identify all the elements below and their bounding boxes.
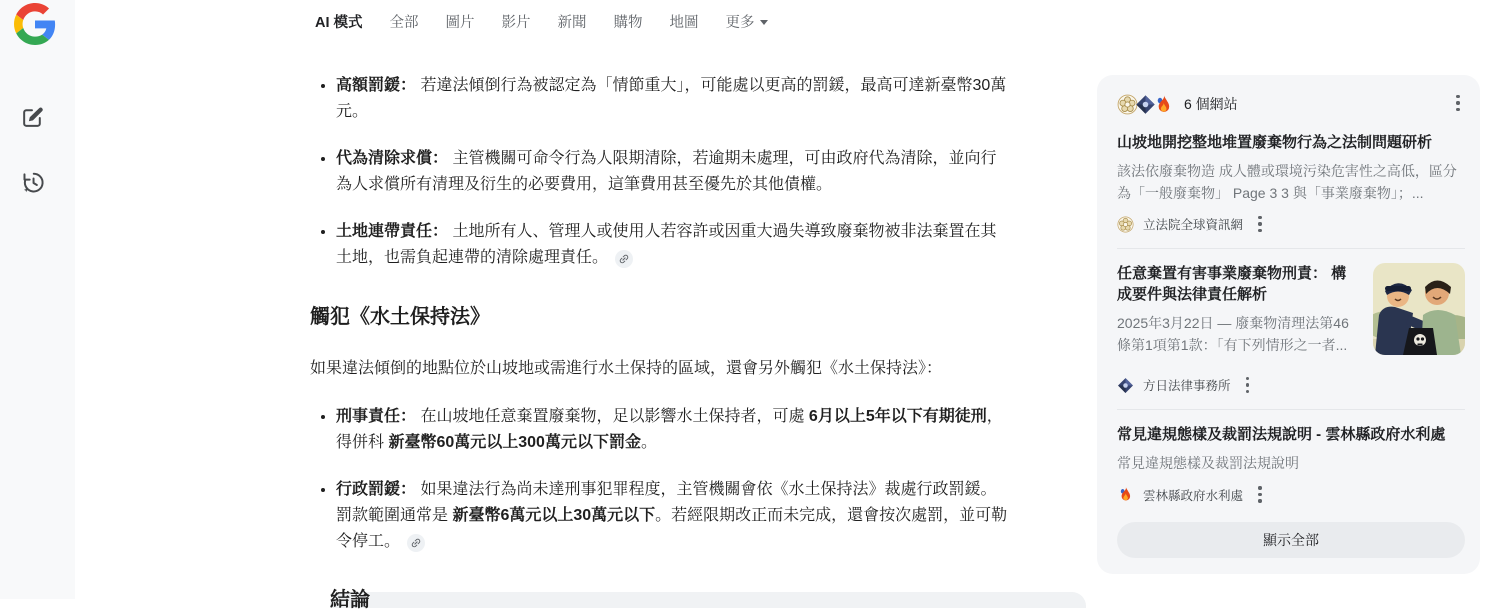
tab-videos[interactable]: 影片 — [502, 11, 531, 32]
source-card-title: 山坡地開挖整地堆置廢棄物行為之法制問題研析 — [1117, 132, 1465, 153]
panel-more-options-icon[interactable] — [1450, 93, 1466, 113]
history-icon — [20, 170, 45, 195]
tab-images[interactable]: 圖片 — [446, 11, 475, 32]
section-heading-water-soil-act: 觸犯《水土保持法》 — [310, 305, 1010, 330]
tab-shopping[interactable]: 購物 — [614, 11, 643, 32]
list-item-text: 土地連帶責任： 土地所有人、管理人或使用人若容許或因重大過失導致廢棄物被非法棄置… — [336, 223, 996, 266]
tab-maps[interactable]: 地圖 — [670, 11, 699, 32]
divider — [1117, 409, 1465, 410]
source-card-snippet: 2025年3月22日 — 廢棄物清理法第46條第1項第1款：「有下列情形之一者.… — [1117, 313, 1361, 356]
sources-panel: 6 個網站 山坡地開挖整地堆置廢棄物行為之法制問題研析 該法依廢棄物造 成人體或… — [1097, 75, 1480, 574]
compose-icon — [20, 105, 45, 130]
conclusion-heading: 結論 — [330, 583, 370, 599]
tab-all[interactable]: 全部 — [390, 11, 419, 32]
tab-news[interactable]: 新聞 — [558, 11, 587, 32]
source-attribution: 雲林縣政府水利處 — [1117, 485, 1465, 505]
source-card[interactable]: 任意棄置有害事業廢棄物刑責： 構成要件與法律責任解析 2025年3月22日 — … — [1117, 263, 1465, 395]
flame-icon — [1153, 94, 1174, 115]
ai-answer-content: 高額罰鍰： 若違法傾倒行為被認定為「情節重大」，可能處以更高的罰鍰，最高可達新臺… — [310, 73, 1010, 576]
tab-more-label: 更多 — [726, 15, 755, 31]
diamond-icon — [1117, 377, 1134, 394]
history-button[interactable] — [20, 168, 48, 196]
source-card-snippet: 常見違規態樣及裁罰法規說明 — [1117, 453, 1465, 475]
water-soil-bullet-list: 刑事責任： 在山坡地任意棄置廢棄物，足以影響水土保持者，可處 6月以上5年以下有… — [310, 404, 1010, 555]
divider — [1117, 248, 1465, 249]
source-attribution: 立法院全球資訊網 — [1117, 214, 1465, 234]
search-result-tabs: AI 模式 全部 圖片 影片 新聞 購物 地圖 更多 — [315, 11, 768, 32]
list-item-text: 高額罰鍰： 若違法傾倒行為被認定為「情節重大」，可能處以更高的罰鍰，最高可達新臺… — [336, 77, 1006, 120]
google-logo[interactable] — [14, 3, 56, 45]
sources-panel-header: 6 個網站 — [1117, 93, 1465, 115]
left-rail — [0, 0, 75, 599]
source-card[interactable]: 山坡地開挖整地堆置廢棄物行為之法制問題研析 該法依廢棄物造 成人體或環境污染危害… — [1117, 132, 1465, 234]
source-attribution: 方日法律事務所 — [1117, 375, 1465, 395]
article-thumbnail-illustration — [1373, 263, 1465, 355]
list-item: 土地連帶責任： 土地所有人、管理人或使用人若容許或因重大過失導致廢棄物被非法棄置… — [336, 219, 1010, 271]
google-g-icon — [14, 3, 56, 45]
sites-count-label: 6 個網站 — [1184, 94, 1238, 114]
list-item-text: 行政罰鍰： 如果違法行為尚未達刑事犯罪程度，主管機關會依《水土保持法》裁處行政罰… — [336, 481, 1007, 550]
card-more-options-icon[interactable] — [1252, 485, 1268, 505]
new-chat-button[interactable] — [20, 103, 48, 131]
list-item: 刑事責任： 在山坡地任意棄置廢棄物，足以影響水土保持者，可處 6月以上5年以下有… — [336, 404, 1010, 456]
tab-ai-mode[interactable]: AI 模式 — [315, 11, 363, 32]
tab-more[interactable]: 更多 — [726, 11, 768, 32]
source-card-title: 任意棄置有害事業廢棄物刑責： 構成要件與法律責任解析 — [1117, 263, 1361, 305]
show-all-button[interactable]: 顯示全部 — [1117, 522, 1465, 558]
source-card[interactable]: 常見違規態樣及裁罰法規說明 - 雲林縣政府水利處 常見違規態樣及裁罰法規說明 雲… — [1117, 424, 1465, 505]
followup-input-bar[interactable] — [330, 592, 1086, 599]
flower-emblem-icon — [1117, 216, 1134, 233]
list-item-text: 刑事責任： 在山坡地任意棄置廢棄物，足以影響水土保持者，可處 6月以上5年以下有… — [336, 408, 1003, 451]
source-name: 雲林縣政府水利處 — [1143, 486, 1243, 504]
list-item-text: 代為清除求償： 主管機關可命令行為人限期清除，若逾期未處理，可由政府代為清除，並… — [336, 150, 996, 193]
favicon-group — [1117, 94, 1171, 115]
list-item: 高額罰鍰： 若違法傾倒行為被認定為「情節重大」，可能處以更高的罰鍰，最高可達新臺… — [336, 73, 1010, 125]
intro-paragraph: 如果違法傾倒的地點位於山坡地或需進行水土保持的區域，還會另外觸犯《水土保持法》： — [310, 356, 965, 382]
source-name: 方日法律事務所 — [1143, 376, 1231, 394]
source-card-title: 常見違規態樣及裁罰法規說明 - 雲林縣政府水利處 — [1117, 424, 1465, 445]
citation-link-icon[interactable] — [615, 250, 633, 268]
penalty-bullet-list: 高額罰鍰： 若違法傾倒行為被認定為「情節重大」，可能處以更高的罰鍰，最高可達新臺… — [310, 73, 1010, 271]
source-name: 立法院全球資訊網 — [1143, 215, 1243, 233]
card-more-options-icon[interactable] — [1252, 214, 1268, 234]
list-item: 代為清除求償： 主管機關可命令行為人限期清除，若逾期未處理，可由政府代為清除，並… — [336, 146, 1010, 198]
flame-icon — [1117, 486, 1134, 503]
chevron-down-icon — [760, 20, 768, 25]
source-card-snippet: 該法依廢棄物造 成人體或環境污染危害性之高低，區分為「一般廢棄物」 Page 3… — [1117, 161, 1465, 204]
list-item: 行政罰鍰： 如果違法行為尚未達刑事犯罪程度，主管機關會依《水土保持法》裁處行政罰… — [336, 477, 1010, 555]
citation-link-icon[interactable] — [407, 534, 425, 552]
card-more-options-icon[interactable] — [1240, 375, 1256, 395]
